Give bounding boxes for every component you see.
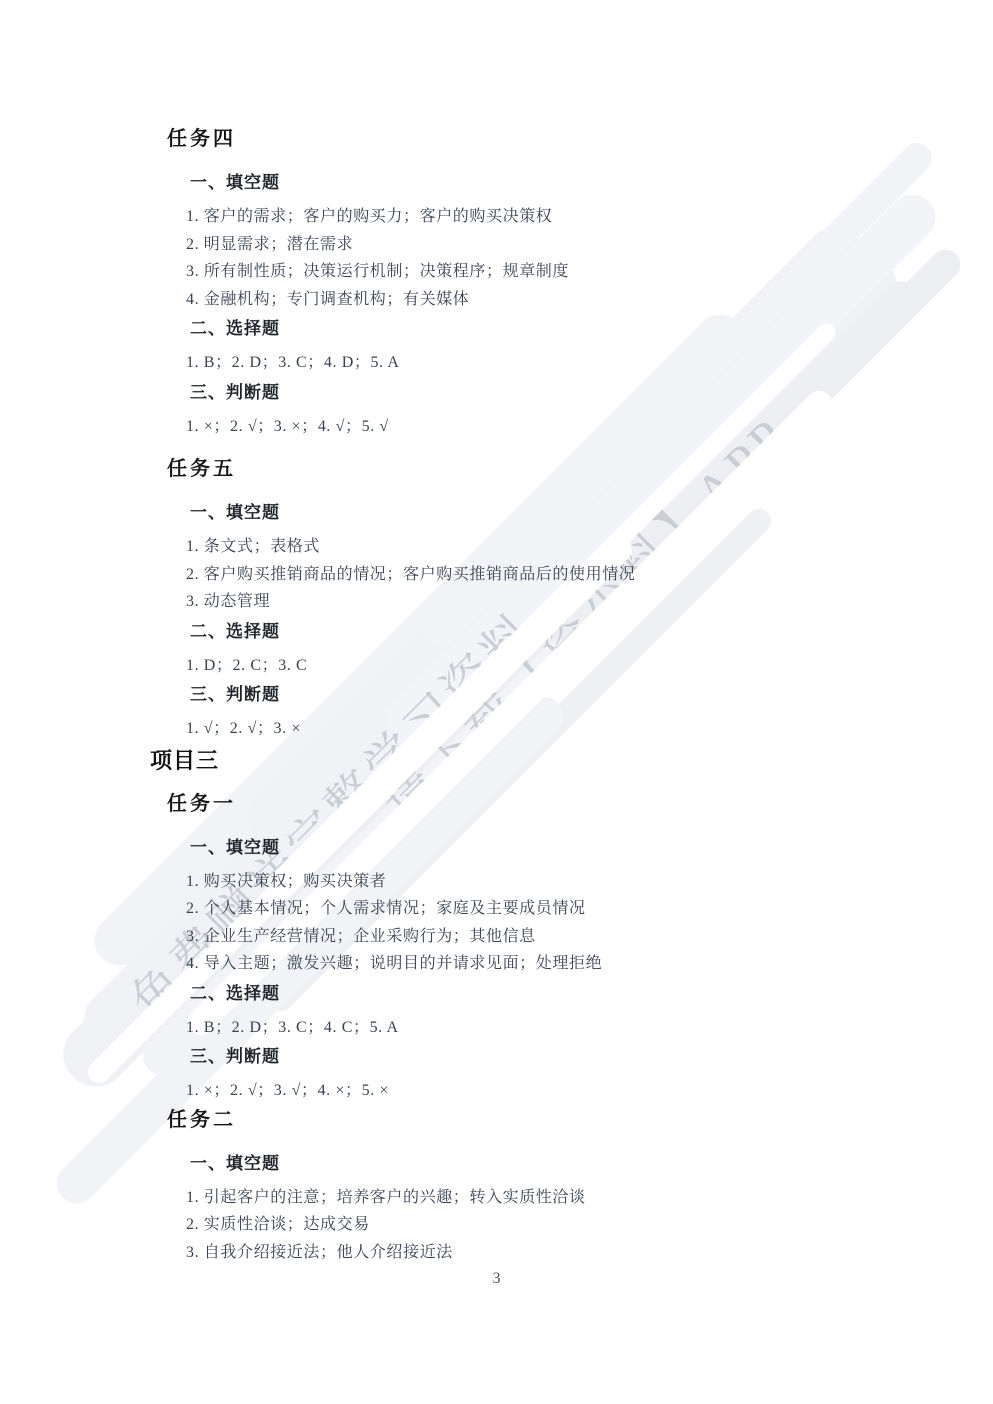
- question-type-heading: 三、判断题: [190, 1045, 900, 1069]
- task-heading: 任务一: [167, 791, 900, 817]
- answer-line: 2. 实质性洽谈；达成交易: [186, 1211, 900, 1239]
- answer-line: 1. 引起客户的注意；培养客户的兴趣；转入实质性洽谈: [186, 1184, 900, 1212]
- task-section: 任务二一、填空题1. 引起客户的注意；培养客户的兴趣；转入实质性洽谈2. 实质性…: [0, 1107, 900, 1267]
- answer-line: 4. 导入主题；激发兴趣；说明目的并请求见面；处理拒绝: [186, 950, 900, 978]
- answer-line: 1. D；2. C；3. C: [186, 652, 900, 680]
- answer-key-content: 任务四一、填空题1. 客户的需求；客户的购买力；客户的购买决策权2. 明显需求；…: [0, 0, 900, 1266]
- answer-line: 1. 条文式；表格式: [186, 533, 900, 561]
- task-section: 任务五一、填空题1. 条文式；表格式2. 客户购买推销商品的情况；客户购买推销商…: [0, 456, 900, 743]
- question-type-heading: 三、判断题: [190, 381, 900, 405]
- task-section: 任务一一、填空题1. 购买决策权；购买决策者2. 个人基本情况；个人需求情况；家…: [0, 791, 900, 1105]
- answer-line: 1. √；2. √；3. ×: [186, 715, 900, 743]
- question-type-heading: 二、选择题: [190, 982, 900, 1006]
- task-section: 任务四一、填空题1. 客户的需求；客户的购买力；客户的购买决策权2. 明显需求；…: [0, 126, 900, 440]
- page-number: 3: [0, 1270, 993, 1288]
- question-type-heading: 三、判断题: [190, 683, 900, 707]
- answer-line: 1. ×；2. √；3. √；4. ×；5. ×: [186, 1077, 900, 1105]
- project-heading: 项目三: [150, 747, 900, 775]
- answer-line: 2. 个人基本情况；个人需求情况；家庭及主要成员情况: [186, 895, 900, 923]
- answer-line: 1. ×；2. √；3. ×；4. √；5. √: [186, 413, 900, 441]
- question-type-heading: 一、填空题: [190, 501, 900, 525]
- answer-line: 2. 明显需求；潜在需求: [186, 231, 900, 259]
- document-page: 免费赠送完整学习资料 请下载【资小料】APP 任务四一、填空题1. 客户的需求；…: [0, 0, 993, 1404]
- answer-line: 3. 动态管理: [186, 588, 900, 616]
- answer-line: 3. 企业生产经营情况；企业采购行为；其他信息: [186, 923, 900, 951]
- answer-line: 2. 客户购买推销商品的情况；客户购买推销商品后的使用情况: [186, 561, 900, 589]
- answer-line: 1. 客户的需求；客户的购买力；客户的购买决策权: [186, 203, 900, 231]
- task-heading: 任务二: [167, 1107, 900, 1133]
- answer-line: 1. 购买决策权；购买决策者: [186, 868, 900, 896]
- answer-line: 1. B；2. D；3. C；4. D；5. A: [186, 349, 900, 377]
- question-type-heading: 一、填空题: [190, 836, 900, 860]
- project-section: 项目三: [0, 747, 900, 775]
- task-heading: 任务四: [167, 126, 900, 152]
- answer-line: 3. 自我介绍接近法；他人介绍接近法: [186, 1239, 900, 1267]
- answer-line: 1. B；2. D；3. C；4. C；5. A: [186, 1014, 900, 1042]
- answer-line: 4. 金融机构；专门调查机构；有关媒体: [186, 286, 900, 314]
- question-type-heading: 二、选择题: [190, 317, 900, 341]
- answer-line: 3. 所有制性质；决策运行机制；决策程序；规章制度: [186, 258, 900, 286]
- question-type-heading: 一、填空题: [190, 1152, 900, 1176]
- task-heading: 任务五: [167, 456, 900, 482]
- question-type-heading: 一、填空题: [190, 171, 900, 195]
- question-type-heading: 二、选择题: [190, 620, 900, 644]
